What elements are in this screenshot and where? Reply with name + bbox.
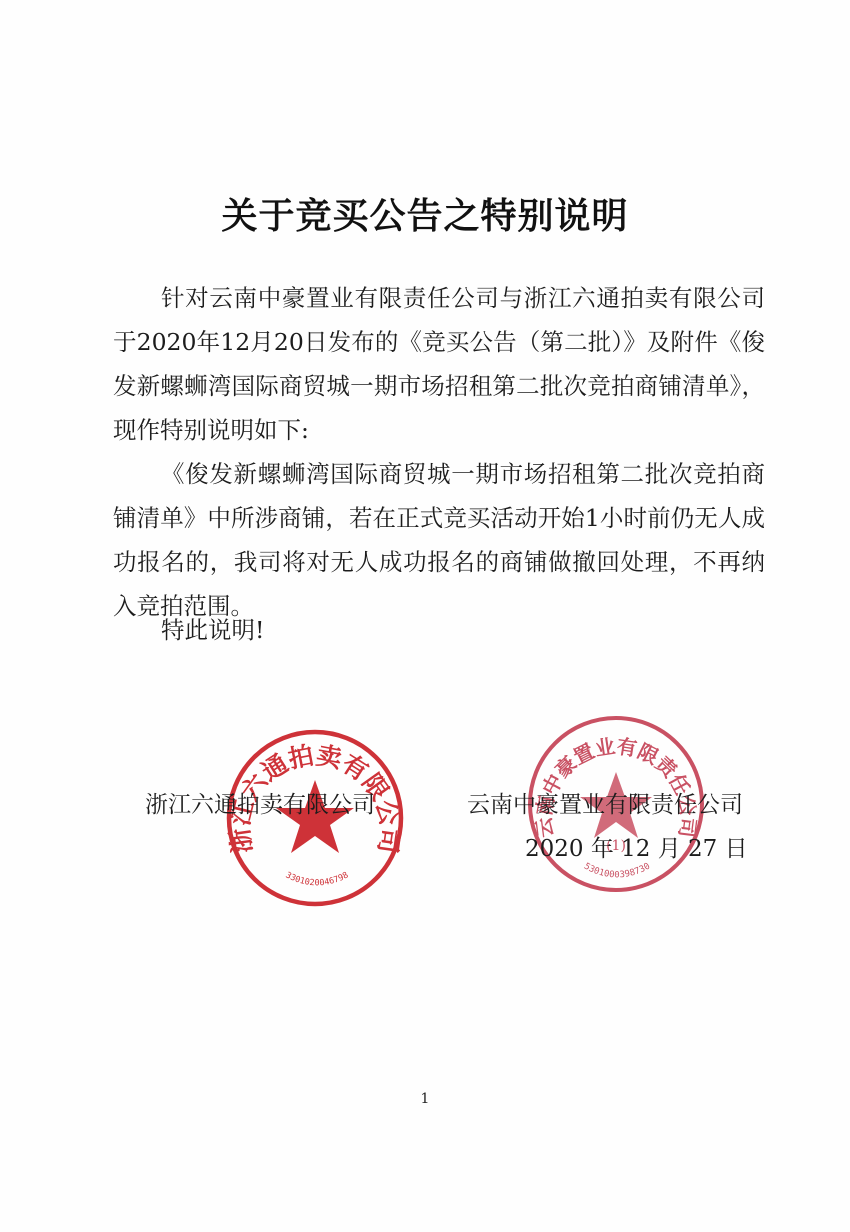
svg-text:5301000398730: 5301000398730 xyxy=(582,862,652,881)
paragraph-text: 特此说明! xyxy=(113,608,765,652)
signature-left-company: 浙江六通拍卖有限公司 xyxy=(145,786,375,819)
seal-serial: 5301000398730 xyxy=(582,862,652,881)
document-page: 关于竞买公告之特别说明 针对云南中豪置业有限责任公司与浙江六通拍卖有限公司于20… xyxy=(0,0,850,1232)
signature-right-company: 云南中豪置业有限责任公司 xyxy=(467,786,743,819)
page-number: 1 xyxy=(0,1091,850,1107)
signature-date: 2020 年 12 月 27 日 xyxy=(525,830,748,863)
paragraph-closing: 特此说明! xyxy=(113,608,765,652)
svg-text:3301020046798: 3301020046798 xyxy=(284,870,351,888)
document-title: 关于竞买公告之特别说明 xyxy=(0,188,850,239)
paragraph-text: 《俊发新螺蛳湾国际商贸城一期市场招租第二批次竞拍商铺清单》中所涉商铺，若在正式竞… xyxy=(113,452,765,628)
seal-serial: 3301020046798 xyxy=(284,870,351,888)
paragraph-intro: 针对云南中豪置业有限责任公司与浙江六通拍卖有限公司于2020年12月20日发布的… xyxy=(113,276,765,452)
paragraph-text: 针对云南中豪置业有限责任公司与浙江六通拍卖有限公司于2020年12月20日发布的… xyxy=(113,276,765,452)
paragraph-withdrawal-notice: 《俊发新螺蛳湾国际商贸城一期市场招租第二批次竞拍商铺清单》中所涉商铺，若在正式竞… xyxy=(113,452,765,628)
